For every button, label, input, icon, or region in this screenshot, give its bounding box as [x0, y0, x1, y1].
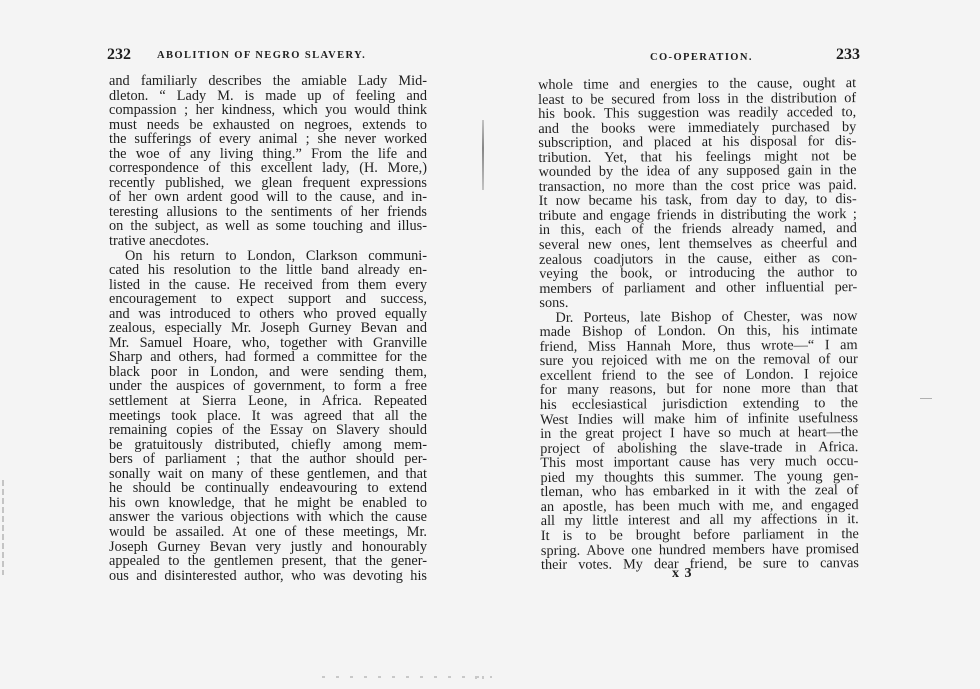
- text-line: zealous, especially Mr. Joseph Gurney Be…: [109, 321, 427, 336]
- page-number-right: 233: [836, 46, 860, 64]
- text-line: meetings took place. It was agreed that …: [109, 409, 427, 424]
- text-line: teresting allusions to the sentiments of…: [109, 205, 427, 220]
- text-line: dleton. “ Lady M. is made up of feeling …: [109, 89, 427, 104]
- right-page: CO-OPERATION. 233 whole time and energie…: [490, 0, 980, 689]
- text-line: correspondence of this excellent lady, (…: [109, 161, 427, 176]
- text-line: appealed to the gentlemen present, that …: [109, 554, 427, 569]
- text-line: recently published, we glean frequent ex…: [109, 176, 427, 191]
- text-line: be gratuitously distributed, chiefly amo…: [109, 438, 427, 453]
- text-line: of her own ardent good will to the cause…: [109, 190, 427, 205]
- text-line: settlement at Sierra Leone, in Africa. R…: [109, 394, 427, 409]
- text-line: ous and disinterested author, who was de…: [109, 569, 427, 584]
- text-line: under the auspices of government, to for…: [109, 379, 427, 394]
- bottom-scan-noise: [475, 676, 487, 679]
- text-line: trative anecdotes.: [109, 234, 427, 249]
- text-line: on the subject, as well as some touching…: [109, 219, 427, 234]
- text-line: answer the various objections with which…: [109, 510, 427, 525]
- text-line: Sharp and others, had formed a committee…: [109, 350, 427, 365]
- left-page-body: and familiarly describes the amiable Lad…: [109, 74, 427, 583]
- text-line: he should be continually endeavouring to…: [109, 481, 427, 496]
- text-line: bers of parliament ; that the author sho…: [109, 452, 427, 467]
- text-line: members of parliament and other influent…: [539, 280, 857, 296]
- text-line: Mr. Samuel Hoare, who, together with Gra…: [109, 336, 427, 351]
- text-line: their votes. My dear friend, be sure to …: [541, 556, 859, 572]
- signature-mark: x 3: [672, 566, 693, 582]
- text-line: and familiarly describes the amiable Lad…: [109, 74, 427, 89]
- running-head-left: 232 ABOLITION OF NEGRO SLAVERY.: [107, 46, 437, 66]
- text-line: compassion ; her kindness, which you wou…: [109, 103, 427, 118]
- text-line: cated his resolution to the little band …: [109, 263, 427, 278]
- bottom-scan-noise: [322, 676, 492, 678]
- text-line: black poor in London, and were sending t…: [109, 365, 427, 380]
- text-line: must needs be exhausted on negroes, exte…: [109, 118, 427, 133]
- text-line: would be assailed. At one of these meeti…: [109, 525, 427, 540]
- text-line: and was introduced to others who proved …: [109, 307, 427, 322]
- edge-scan-mark: [2, 480, 4, 575]
- text-line: the sufferings of every animal ; she nev…: [109, 132, 427, 147]
- text-line: listed in the cause. He received from th…: [109, 278, 427, 293]
- text-line: Joseph Gurney Bevan very justly and hono…: [109, 540, 427, 555]
- text-line: sonally wait on many of these gentlemen,…: [109, 467, 427, 482]
- running-head-title-right: CO-OPERATION.: [650, 52, 753, 63]
- text-line: encouragement to expect support and succ…: [109, 292, 427, 307]
- right-page-body: whole time and energies to the cause, ou…: [538, 76, 859, 573]
- text-line: remaining copies of the Essay on Slavery…: [109, 423, 427, 438]
- gutter-scan-mark: [482, 120, 484, 190]
- text-line: the woe of any living thing.” From the l…: [109, 147, 427, 162]
- page-number-left: 232: [107, 46, 131, 64]
- running-head-right: CO-OPERATION. 233: [540, 46, 860, 66]
- text-line: his own knowledge, that he might be enab…: [109, 496, 427, 511]
- running-head-title-left: ABOLITION OF NEGRO SLAVERY.: [157, 50, 366, 61]
- left-page: 232 ABOLITION OF NEGRO SLAVERY. and fami…: [0, 0, 490, 689]
- text-line: On his return to London, Clarkson commun…: [109, 249, 427, 264]
